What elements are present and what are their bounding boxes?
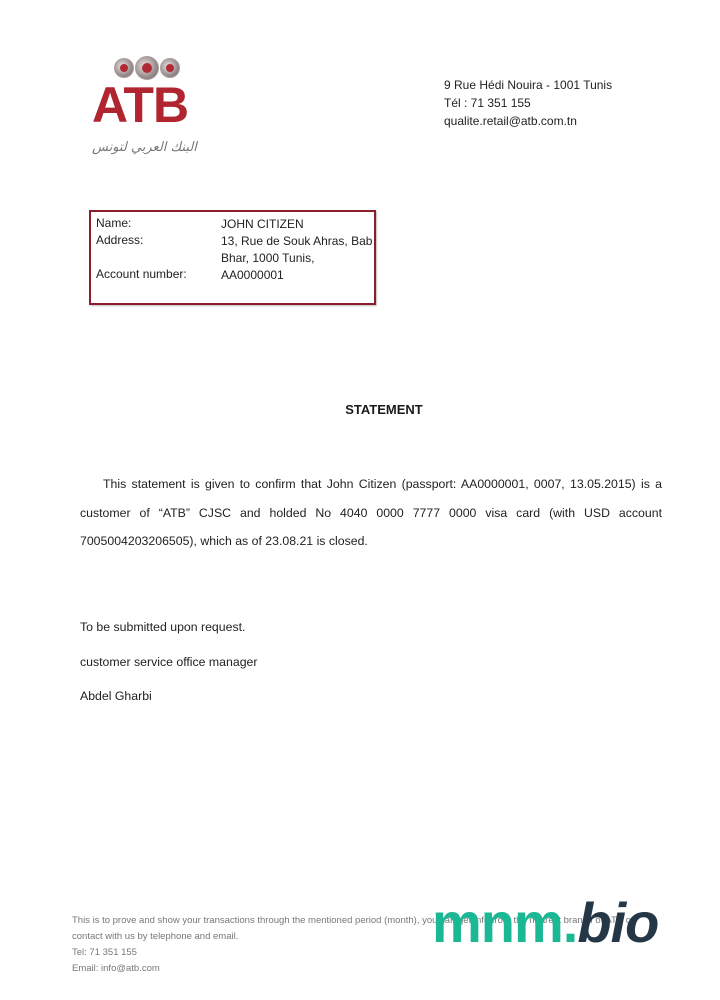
account-number-row: Account number: AA0000001 [96, 267, 221, 281]
statement-body: This statement is given to confirm that … [80, 470, 662, 556]
name-value: JOHN CITIZEN [221, 216, 376, 233]
watermark-part-1: mnm. [432, 891, 577, 954]
address-value: 13, Rue de Souk Ahras, Bab Bhar, 1000 Tu… [221, 233, 376, 267]
atb-logo: ATB البنك العربي لتونس [90, 58, 215, 168]
document-title: STATEMENT [0, 402, 720, 417]
bank-phone: Tél : 71 351 155 [444, 94, 612, 112]
statement-text: This statement is given to confirm that … [80, 477, 662, 548]
logo-arabic-text: البنك العربي لتونس [92, 140, 197, 155]
watermark-logo: mnm.bio [432, 895, 658, 951]
address-label: Address: [96, 233, 221, 247]
customer-name-row: Name: JOHN CITIZEN [96, 216, 221, 230]
customer-info-box: Name: JOHN CITIZEN Address: 13, Rue de S… [89, 210, 376, 305]
coin-icon [160, 58, 180, 78]
bank-address: 9 Rue Hédi Nouira - 1001 Tunis [444, 76, 612, 94]
customer-address-row: Address: 13, Rue de Souk Ahras, Bab Bhar… [96, 233, 221, 247]
watermark-part-2: bio [577, 891, 658, 954]
bank-contact-block: 9 Rue Hédi Nouira - 1001 Tunis Tél : 71 … [444, 76, 612, 130]
name-label: Name: [96, 216, 221, 230]
footer-email: Email: info@atb.com [72, 961, 634, 977]
closing-line: To be submitted upon request. [80, 620, 245, 634]
account-number-value: AA0000001 [221, 267, 376, 284]
bank-email: qualite.retail@atb.com.tn [444, 112, 612, 130]
logo-text: ATB [92, 80, 188, 130]
account-number-label: Account number: [96, 267, 221, 281]
coin-icon [114, 58, 134, 78]
signer-name: Abdel Gharbi [80, 689, 152, 703]
signer-title: customer service office manager [80, 655, 257, 669]
